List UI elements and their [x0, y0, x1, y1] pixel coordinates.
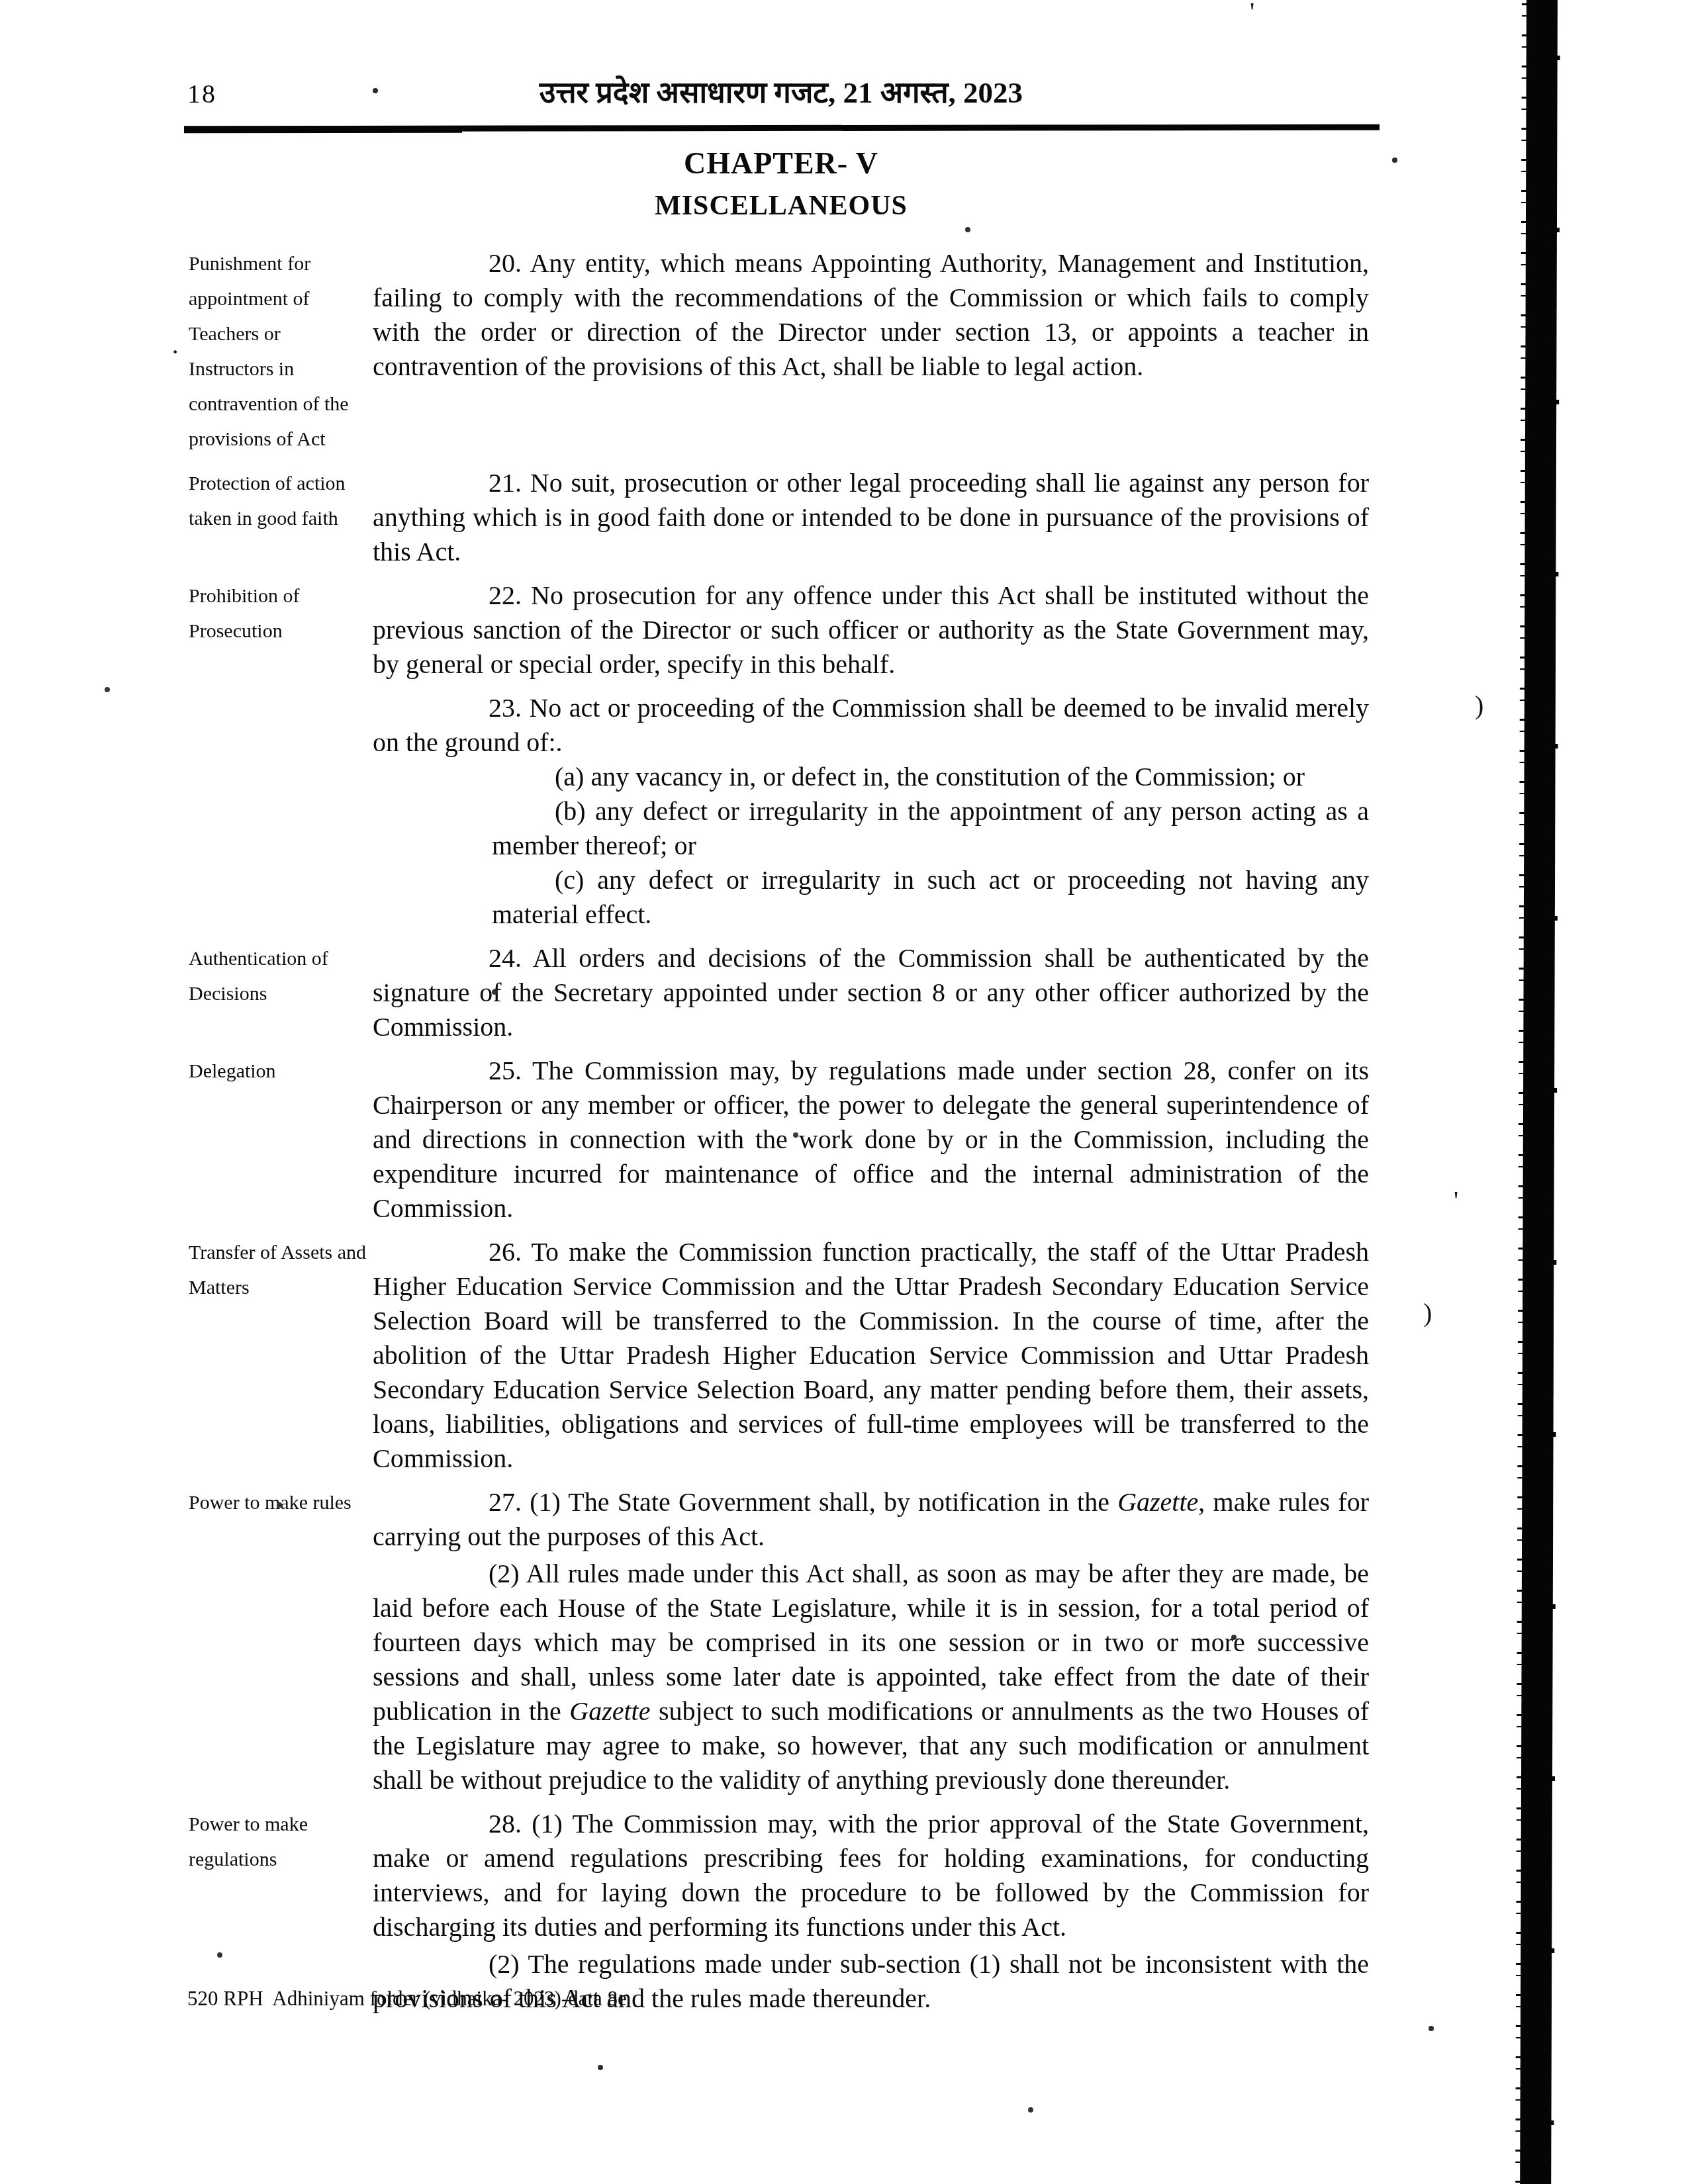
section-21-body: 21. No suit, prosecution or other legal … — [373, 466, 1369, 569]
section-23-clause-b: (b) any defect or irregularity in the ap… — [492, 794, 1369, 863]
margin-note-section-21: Protection of action taken in good faith — [189, 466, 373, 536]
gazette-header-title: उत्तर प्रदेश असाधारण गजट, 21 अगस्त, 2023 — [189, 71, 1374, 112]
scan-edge-stripe — [1520, 0, 1558, 2184]
header-rule — [184, 124, 1380, 132]
section-27-2-gazette-italic: Gazette — [569, 1696, 650, 1726]
section-22: Prohibition of Prosecution 22. No prosec… — [189, 578, 1374, 682]
margin-note-section-24: Authentication of Decisions — [189, 941, 373, 1011]
margin-note-section-28: Power to make regulations — [189, 1807, 373, 1877]
scan-noise-specks — [0, 0, 3, 3]
section-27-1-gazette-italic: Gazette — [1117, 1487, 1198, 1517]
section-27: Power to make rules 27. (1) The State Go… — [189, 1485, 1374, 1797]
section-23-clause-c: (c) any defect or irregularity in such a… — [492, 863, 1369, 932]
scan-artifact: · — [171, 336, 179, 367]
section-20: Punishment for appointment of Teachers o… — [189, 246, 1374, 457]
margin-note-section-25: Delegation — [189, 1054, 373, 1089]
section-27-subsection-2: (2) All rules made under this Act shall,… — [373, 1557, 1369, 1797]
section-23-body: 23. No act or proceeding of the Commissi… — [373, 691, 1369, 932]
scan-artifact: ' — [1250, 0, 1254, 27]
section-23-clause-a: (a) any vacancy in, or defect in, the co… — [492, 760, 1369, 794]
gazette-scanned-page: 18 उत्तर प्रदेश असाधारण गजट, 21 अगस्त, 2… — [0, 0, 1688, 2184]
chapter-heading: CHAPTER- V — [189, 146, 1374, 181]
chapter-subheading: MISCELLANEOUS — [189, 190, 1374, 222]
section-25-body: 25. The Commission may, by regulations m… — [373, 1054, 1369, 1226]
section-25-text: 25. The Commission may, by regulations m… — [373, 1054, 1369, 1226]
section-24-body: 24. All orders and decisions of the Comm… — [373, 941, 1369, 1044]
section-22-text: 22. No prosecution for any offence under… — [373, 578, 1369, 682]
section-23: 23. No act or proceeding of the Commissi… — [189, 691, 1374, 932]
section-25: Delegation 25. The Commission may, by re… — [189, 1054, 1374, 1226]
margin-note-section-26: Transfer of Assets and Matters — [189, 1235, 373, 1305]
section-20-body: 20. Any entity, which means Appointing A… — [373, 246, 1369, 384]
section-24-text: 24. All orders and decisions of the Comm… — [373, 941, 1369, 1044]
section-28: Power to make regulations 28. (1) The Co… — [189, 1807, 1374, 2016]
section-26-body: 26. To make the Commission function prac… — [373, 1235, 1369, 1476]
scan-artifact: ) — [1423, 1297, 1432, 1328]
section-21-text: 21. No suit, prosecution or other legal … — [373, 466, 1369, 569]
section-21: Protection of action taken in good faith… — [189, 466, 1374, 569]
section-26-text: 26. To make the Commission function prac… — [373, 1235, 1369, 1476]
margin-note-section-22: Prohibition of Prosecution — [189, 578, 373, 649]
section-20-text: 20. Any entity, which means Appointing A… — [373, 246, 1369, 384]
margin-note-section-20: Punishment for appointment of Teachers o… — [189, 246, 373, 457]
section-23-intro: 23. No act or proceeding of the Commissi… — [373, 691, 1369, 760]
section-27-subsection-1: 27. (1) The State Government shall, by n… — [373, 1485, 1369, 1554]
section-28-subsection-1: 28. (1) The Commission may, with the pri… — [373, 1807, 1369, 1944]
scan-artifact: ) — [1475, 690, 1483, 721]
act-sections: Punishment for appointment of Teachers o… — [189, 232, 1374, 2016]
section-27-1-pre: 27. (1) The State Government shall, by n… — [489, 1487, 1117, 1517]
section-26: Transfer of Assets and Matters 26. To ma… — [189, 1235, 1374, 1476]
margin-note-section-27: Power to make rules — [189, 1485, 373, 1520]
section-24: Authentication of Decisions 24. All orde… — [189, 941, 1374, 1044]
section-27-body: 27. (1) The State Government shall, by n… — [373, 1485, 1369, 1797]
section-28-body: 28. (1) The Commission may, with the pri… — [373, 1807, 1369, 2016]
scan-artifact: ' — [1454, 1185, 1458, 1216]
footer-imprint: 520 RPH Adhiniyam folder (vidhaika- 2023… — [187, 1987, 627, 2011]
section-22-body: 22. No prosecution for any offence under… — [373, 578, 1369, 682]
